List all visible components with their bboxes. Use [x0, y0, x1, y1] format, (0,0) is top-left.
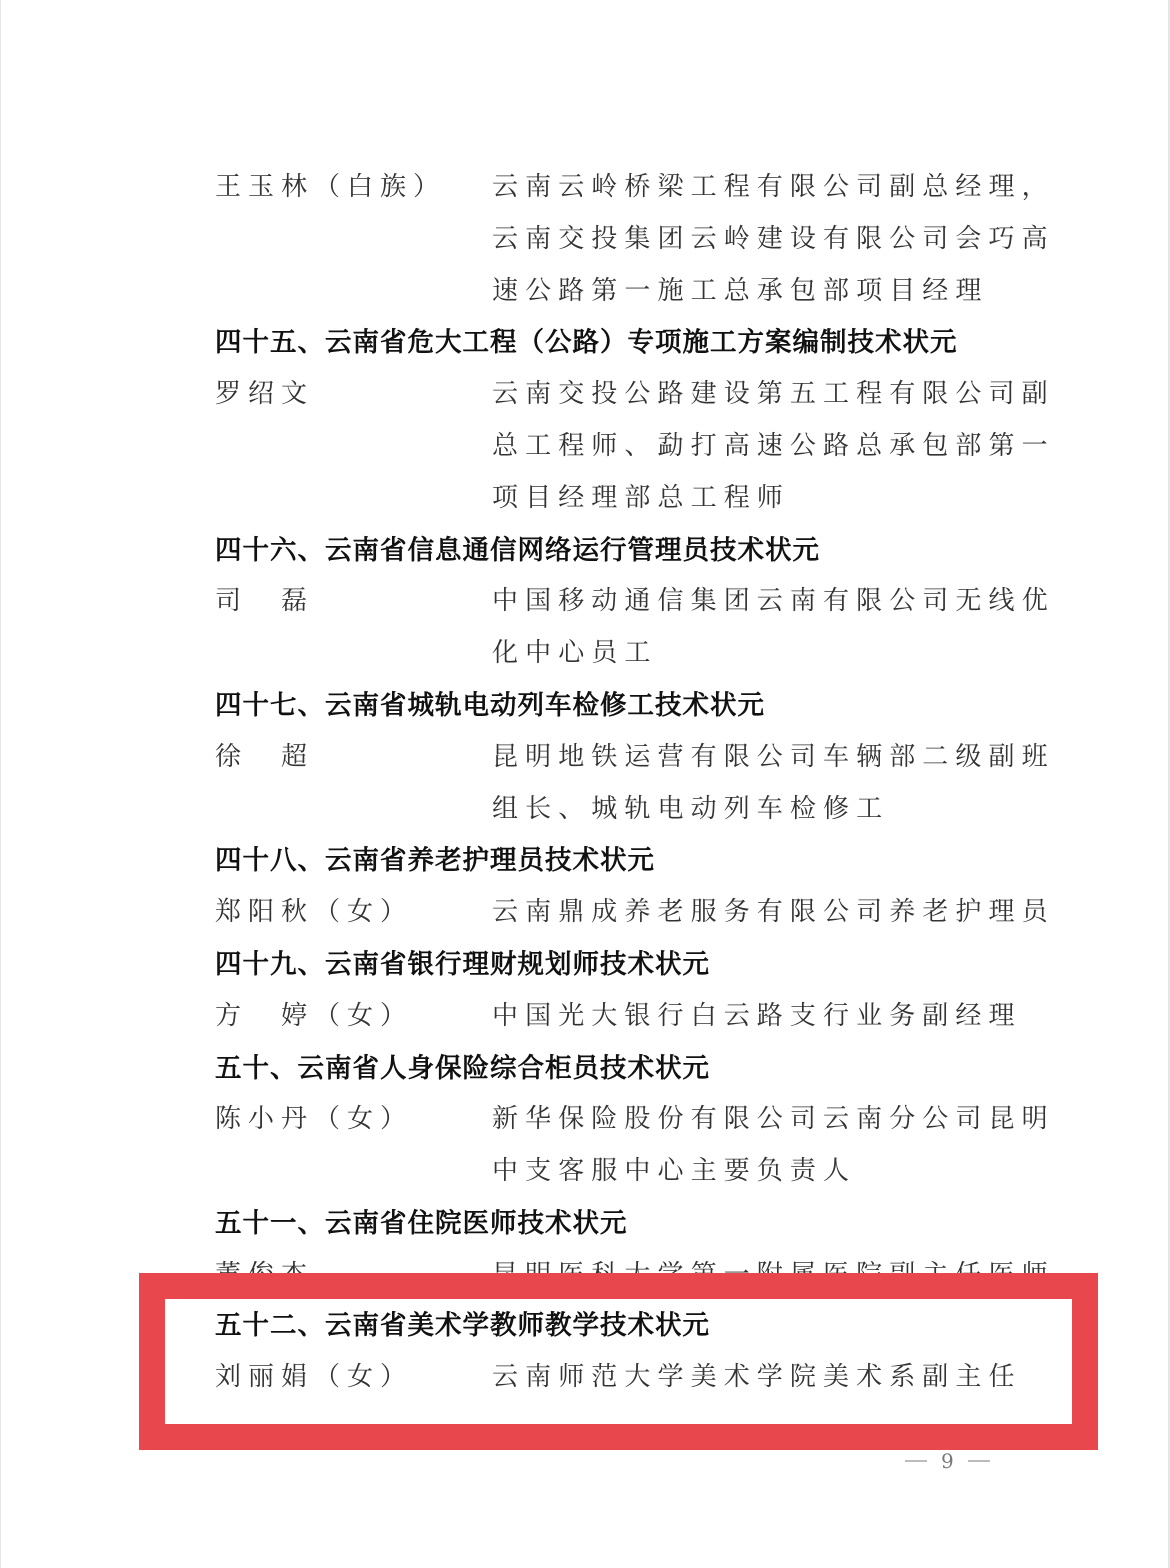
- entry-description: 组长、城轨电动列车检修工: [492, 784, 889, 836]
- entry-description: 云南云岭桥梁工程有限公司副总经理，: [492, 162, 1055, 214]
- entry-continuation-line-1: 王玉林（白族） 云南云岭桥梁工程有限公司副总经理，: [215, 162, 1015, 214]
- section-heading: 四十八、云南省养老护理员技术状元: [215, 835, 1015, 887]
- entry-row: 方 婷（女） 中国光大银行白云路支行业务副经理: [215, 991, 1015, 1043]
- entry-row: 陈小丹（女） 新华保险股份有限公司云南分公司昆明: [215, 1094, 1015, 1146]
- section-heading: 四十六、云南省信息通信网络运行管理员技术状元: [215, 525, 1015, 577]
- entry-continuation-line-2: 云南交投集团云岭建设有限公司会巧高: [215, 214, 1015, 266]
- entry-row: 罗绍文 云南交投公路建设第五工程有限公司副: [215, 369, 1015, 421]
- entry-row-cont: 组长、城轨电动列车检修工: [215, 784, 1015, 836]
- entry-description: 云南师范大学美术学院美术系副主任: [492, 1352, 1022, 1404]
- entry-name: 王玉林（白族）: [215, 162, 446, 214]
- entry-row-cont: 化中心员工: [215, 628, 1015, 680]
- entry-description: 中国光大银行白云路支行业务副经理: [492, 991, 1022, 1043]
- entry-description: 云南交投公路建设第五工程有限公司副: [492, 369, 1055, 421]
- entry-description: 云南鼎成养老服务有限公司养老护理员: [492, 887, 1055, 939]
- entry-name: 徐 超: [215, 732, 314, 784]
- dash-left: [905, 1460, 927, 1462]
- page-number: 9: [905, 1446, 1005, 1476]
- section-heading: 五十一、云南省住院医师技术状元: [215, 1198, 1015, 1250]
- entry-name: 罗绍文: [215, 369, 314, 421]
- entry-name: 刘丽娟（女）: [215, 1352, 413, 1404]
- section-heading: 五十、云南省人身保险综合柜员技术状元: [215, 1043, 1015, 1095]
- highlighted-section: 五十二、云南省美术学教师教学技术状元 刘丽娟（女） 云南师范大学美术学院美术系副…: [215, 1300, 1015, 1404]
- section-heading: 四十九、云南省银行理财规划师技术状元: [215, 939, 1015, 991]
- page-number-value: 9: [941, 1449, 954, 1473]
- document-body: 王玉林（白族） 云南云岭桥梁工程有限公司副总经理， 云南交投集团云岭建设有限公司…: [215, 162, 1015, 1302]
- entry-description: 中支客服中心主要负责人: [492, 1146, 856, 1198]
- section-heading: 四十七、云南省城轨电动列车检修工技术状元: [215, 680, 1015, 732]
- entry-row-cont: 总工程师、勐打高速公路总承包部第一: [215, 421, 1015, 473]
- entry-row: 司 磊 中国移动通信集团云南有限公司无线优: [215, 576, 1015, 628]
- entry-description: 云南交投集团云岭建设有限公司会巧高: [492, 214, 1055, 266]
- entry-continuation-line-3: 速公路第一施工总承包部项目经理: [215, 266, 1015, 318]
- entry-name: 方 婷（女）: [215, 991, 413, 1043]
- entry-name: 陈小丹（女）: [215, 1094, 413, 1146]
- page-edge-left: [0, 0, 1, 1568]
- entry-description: 速公路第一施工总承包部项目经理: [492, 266, 989, 318]
- entry-description: 化中心员工: [492, 628, 658, 680]
- entry-name: 司 磊: [215, 576, 314, 628]
- section-heading: 四十五、云南省危大工程（公路）专项施工方案编制技术状元: [215, 317, 1015, 369]
- entry-row: 郑阳秋（女） 云南鼎成养老服务有限公司养老护理员: [215, 887, 1015, 939]
- entry-description: 新华保险股份有限公司云南分公司昆明: [492, 1094, 1055, 1146]
- entry-row-cont: 中支客服中心主要负责人: [215, 1146, 1015, 1198]
- dash-right: [968, 1460, 990, 1462]
- entry-description: 昆明地铁运营有限公司车辆部二级副班: [492, 732, 1055, 784]
- entry-description: 总工程师、勐打高速公路总承包部第一: [492, 421, 1055, 473]
- entry-row-cont: 项目经理部总工程师: [215, 473, 1015, 525]
- entry-name: 郑阳秋（女）: [215, 887, 413, 939]
- entry-description: 中国移动通信集团云南有限公司无线优: [492, 576, 1055, 628]
- section-heading-highlighted: 五十二、云南省美术学教师教学技术状元: [215, 1300, 1015, 1352]
- entry-row: 徐 超 昆明地铁运营有限公司车辆部二级副班: [215, 732, 1015, 784]
- entry-row-highlighted: 刘丽娟（女） 云南师范大学美术学院美术系副主任: [215, 1352, 1015, 1404]
- entry-description: 项目经理部总工程师: [492, 473, 790, 525]
